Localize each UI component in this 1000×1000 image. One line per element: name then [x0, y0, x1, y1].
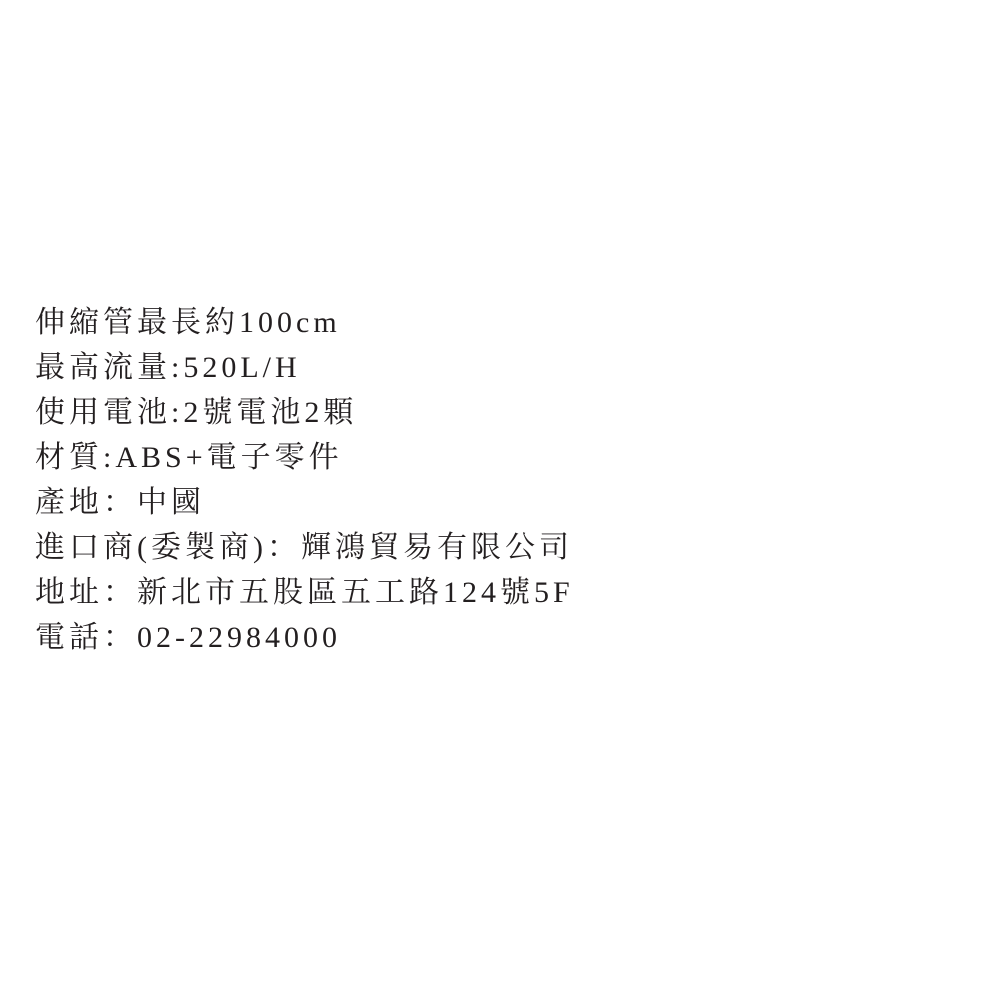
spec-line-material: 材質:ABS+電子零件: [35, 435, 574, 480]
spec-line-importer: 進口商(委製商)：輝鴻貿易有限公司: [35, 525, 574, 570]
spec-line-max-flow: 最高流量:520L/H: [35, 345, 574, 390]
spec-line-origin: 產地：中國: [35, 480, 574, 525]
spec-line-phone: 電話：02-22984000: [35, 615, 574, 660]
product-spec-block: 伸縮管最長約100cm 最高流量:520L/H 使用電池:2號電池2顆 材質:A…: [35, 300, 574, 660]
spec-line-address: 地址：新北市五股區五工路124號5F: [35, 570, 574, 615]
spec-line-battery: 使用電池:2號電池2顆: [35, 390, 574, 435]
spec-line-tube-length: 伸縮管最長約100cm: [35, 300, 574, 345]
